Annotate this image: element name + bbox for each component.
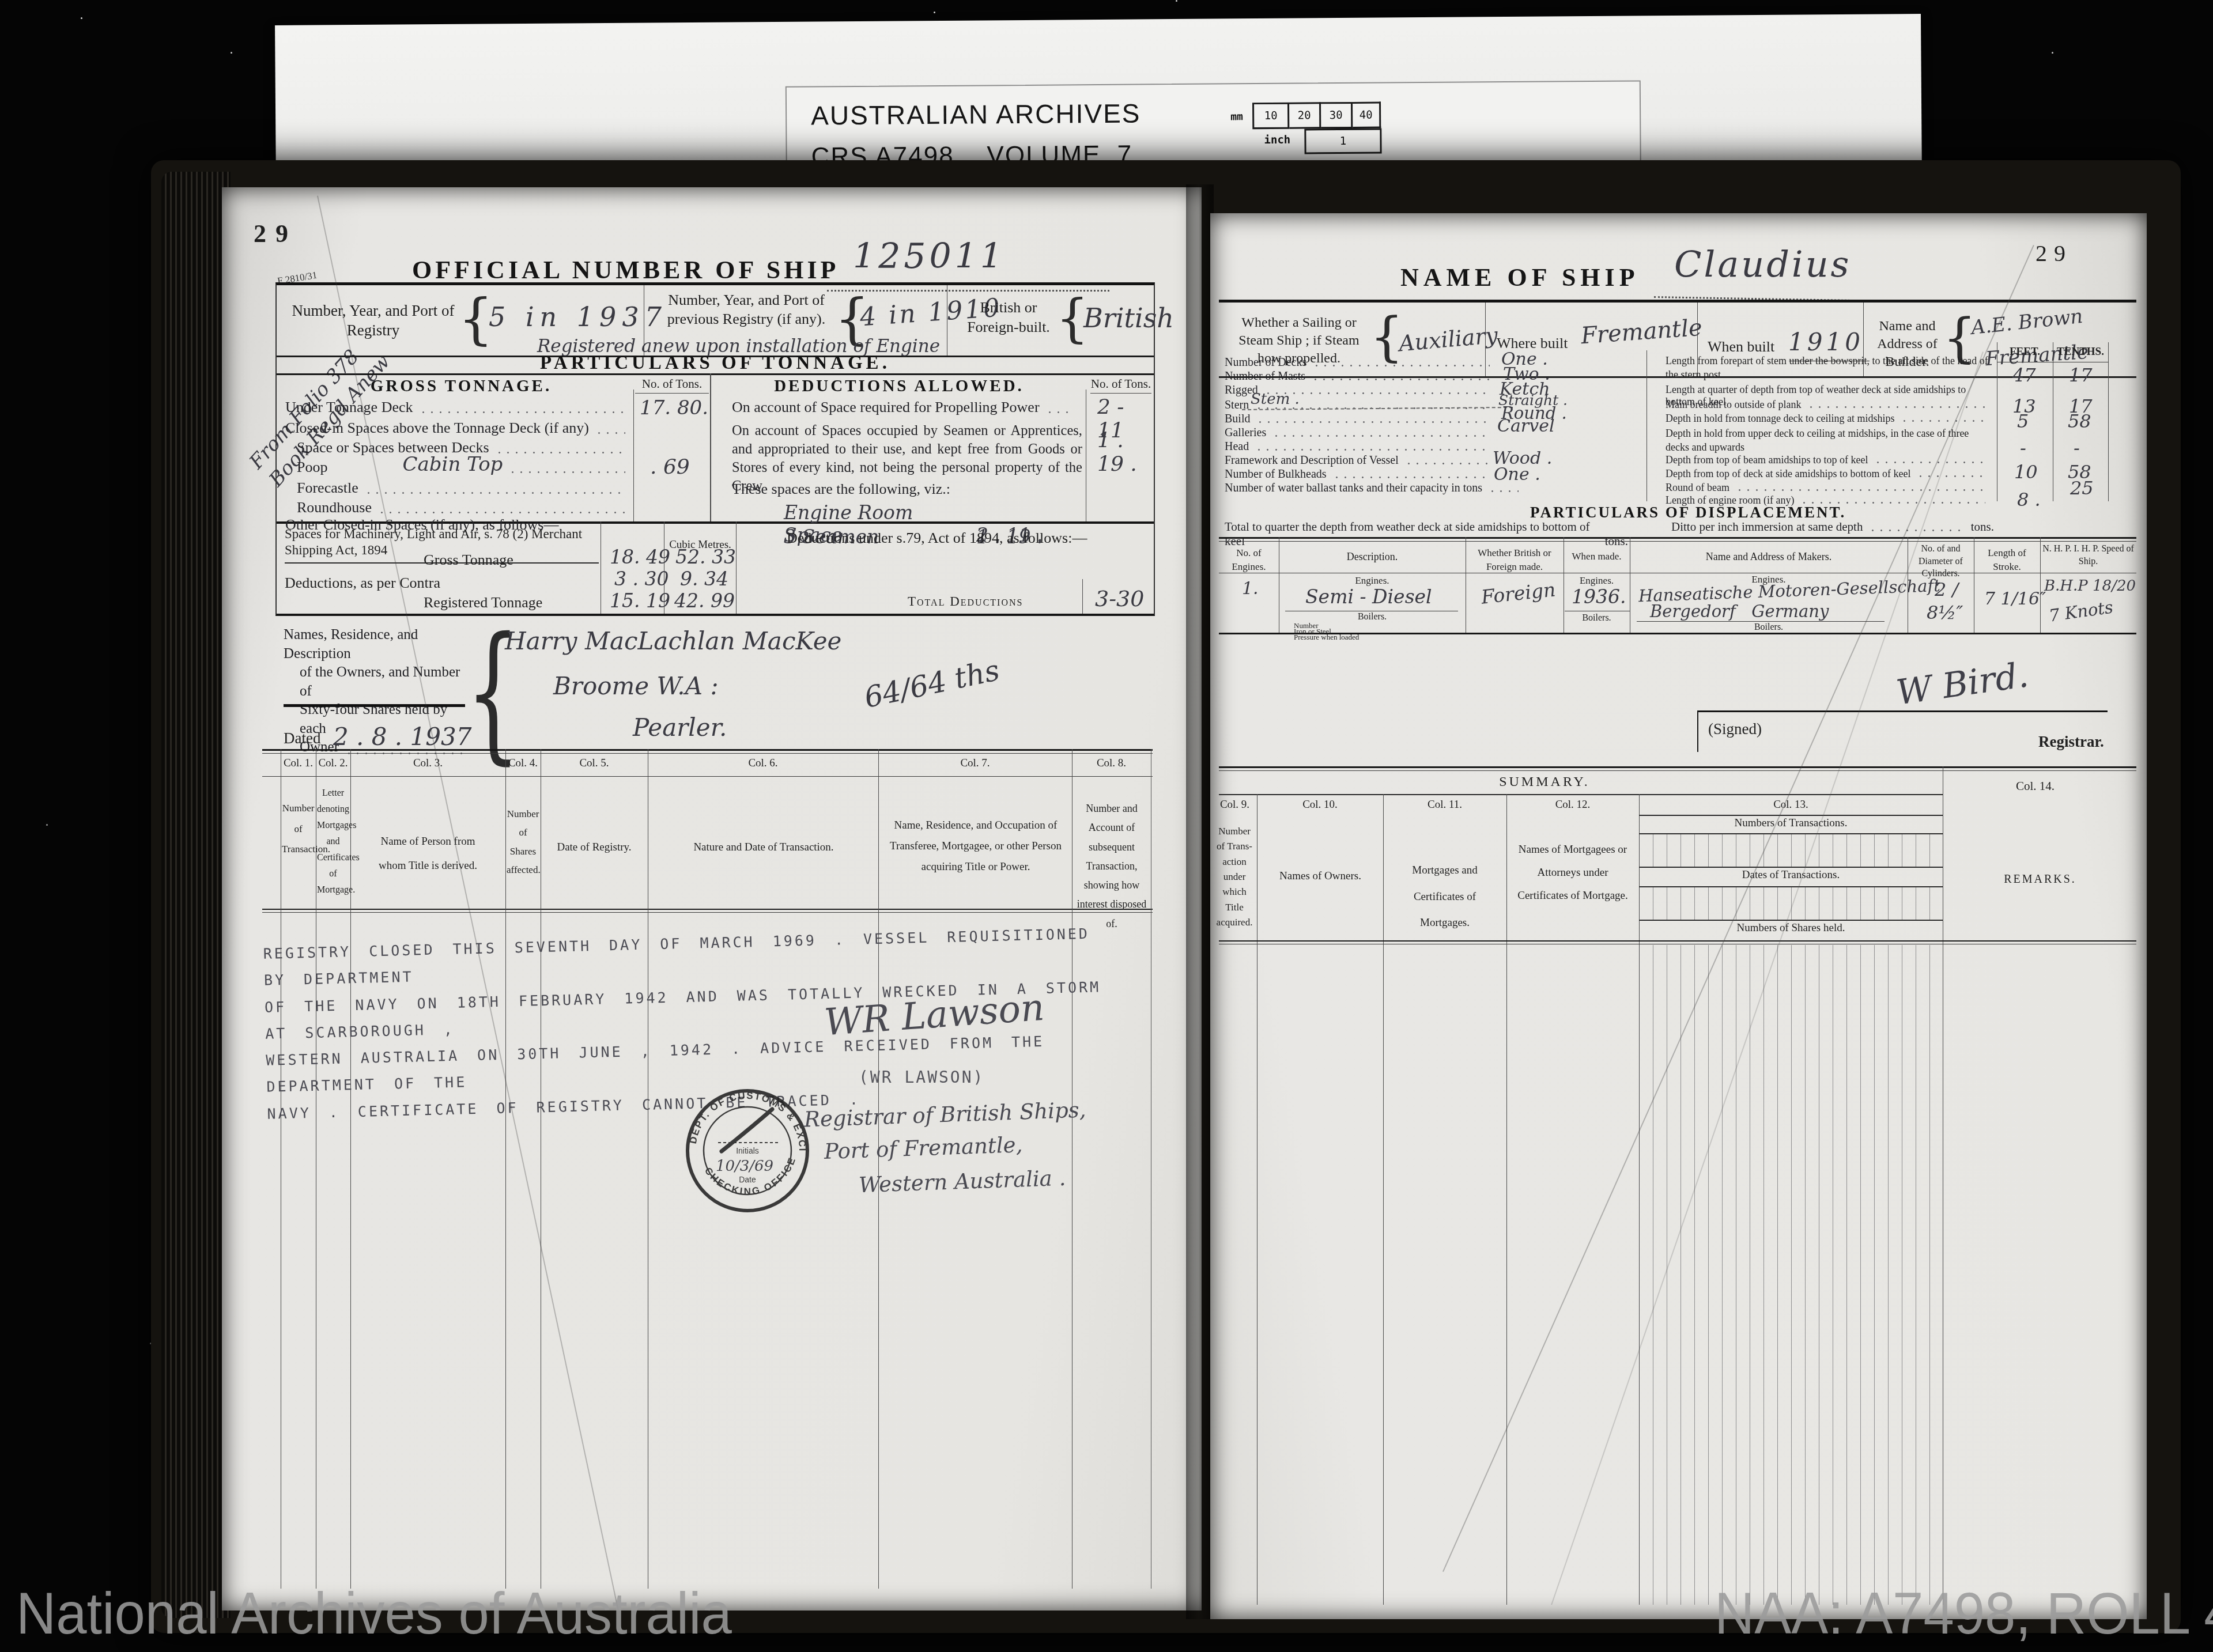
scale-inch-box: 1 xyxy=(1304,128,1381,154)
scale-tick: 30 xyxy=(1321,102,1353,128)
book-binding-edge xyxy=(161,172,231,1618)
summary-grid-line xyxy=(1943,766,1943,1605)
column-number: Col. 7. xyxy=(878,757,1072,770)
engine-table: No. of Engines. Description. Whether Bri… xyxy=(1219,537,2136,636)
naa-watermark-left: National Archives of Australia xyxy=(16,1580,732,1647)
dim-label: Main breadth to outside of plank xyxy=(1666,399,1801,411)
owner-shares-hw: 64/64 ths xyxy=(862,653,1003,715)
grid-line xyxy=(1151,749,1151,1589)
column-desc: Letter denoting Mortgages and Certificat… xyxy=(317,785,349,898)
deduction-row-label: These spaces are the following, viz.: xyxy=(732,481,950,498)
dim-label: Depth from top of deck at side amidships… xyxy=(1666,468,1910,480)
total-deductions-label: Total Deductions xyxy=(908,594,1023,609)
grid-line xyxy=(878,749,879,1589)
engines-sublabel: Engines. xyxy=(1279,575,1466,587)
dim-label: Depth from top of beam amidships to top … xyxy=(1666,454,1868,466)
official-number-value: 125011 xyxy=(853,236,1006,277)
svg-text:DEPT. OF CUSTOMS & EXCISE: DEPT. OF CUSTOMS & EXCISE xyxy=(680,1083,808,1152)
desc-bottom-rule xyxy=(262,909,1153,910)
registry-cell-value: 5 in 1937 xyxy=(489,301,667,332)
column-desc: Mortgages and Certificates of Mortgages. xyxy=(1390,857,1500,936)
machinery-row-label: Deductions, as per Contra xyxy=(285,574,440,592)
register-left-page: 29 F 2810/31 From Folio 378 Book Regd An… xyxy=(222,187,1202,1611)
signed-label: (Signed) xyxy=(1708,720,1762,738)
engine-header: Name and Address of Makers. xyxy=(1630,551,1908,563)
column-number: Col. 12. xyxy=(1506,799,1639,811)
dated-value: 2 . 8 . 1937 xyxy=(333,723,471,751)
col13-sub-label: Dates of Transactions. xyxy=(1639,869,1943,882)
char-value: Carvel xyxy=(1497,416,1554,436)
dim-feet: - xyxy=(2020,437,2026,459)
section-divider xyxy=(710,373,711,521)
column-number: Col. 9. xyxy=(1213,799,1257,811)
dim-tenths: 25 xyxy=(2070,477,2094,499)
when-built-value: 1910 xyxy=(1788,328,1864,356)
dim-label: Round of beam xyxy=(1666,482,1729,494)
engine-header: Length of Stroke. xyxy=(1974,546,2040,574)
builder-value-line: A.E. Brown xyxy=(1970,305,2084,339)
owner-occupation-hw: Pearler. xyxy=(633,713,727,742)
char-label: Head xyxy=(1225,440,1249,453)
dot-leader xyxy=(377,512,625,513)
dot-leader xyxy=(1332,477,1490,478)
engine-cylinders: 8½″ xyxy=(1927,602,1963,623)
tons-header: No. of Tons. xyxy=(1090,377,1151,394)
summary-bottom-rule xyxy=(1219,940,2136,942)
engines-sublabel: Engines. xyxy=(1564,575,1630,587)
dim-label: Length from forepart of stem under the b… xyxy=(1666,354,1991,382)
machinery-tons: 15. 19 xyxy=(610,589,670,612)
boilers-sublabel: Boilers. xyxy=(1564,613,1630,623)
engine-when-made: 1936. xyxy=(1572,585,1626,608)
signed-bracket xyxy=(1697,710,1698,752)
ship-name-label: NAME OF SHIP xyxy=(1400,263,1640,292)
signoff-title-line: Western Australia . xyxy=(858,1166,1066,1198)
stamp-date-value: 10/3/69 xyxy=(716,1158,773,1175)
column-number: Col. 1. xyxy=(281,757,316,770)
tenths-header: TENTHS. xyxy=(2053,346,2108,358)
grid-line xyxy=(505,749,506,1589)
dim-label-struck: under the bowsprit, xyxy=(1789,355,1869,366)
dims-col-line xyxy=(2053,342,2053,501)
machinery-cubic: 52. 33 xyxy=(675,546,736,568)
dot-leader xyxy=(1735,489,1985,491)
dims-col-line xyxy=(2108,342,2109,501)
engine-header: Description. xyxy=(1279,551,1466,563)
gross-row-label: Roundhouse xyxy=(297,499,372,516)
column-desc: Names of Mortgagees or Attorneys under C… xyxy=(1513,838,1632,908)
transaction-tick-columns xyxy=(1639,833,1943,868)
boiler-line: Pressure when loaded xyxy=(1294,633,1359,642)
registry-cell-label: British or Foreign-built. xyxy=(962,298,1055,337)
column-number: Col. 10. xyxy=(1257,799,1383,811)
dim-tenths: - xyxy=(2074,437,2080,459)
scale-tick: 20 xyxy=(1289,102,1321,128)
col14-number: Col. 14. xyxy=(2016,779,2055,793)
tons-header: No. of Tons. xyxy=(635,377,709,394)
char-label: Number of Decks xyxy=(1225,356,1306,369)
column-desc: Number and Account of subsequent Transac… xyxy=(1077,799,1147,933)
engine-makers-line: Bergedorf Germany xyxy=(1650,602,1829,621)
gross-row-value: 17. 80. xyxy=(640,396,708,419)
engine-header: No. of Engines. xyxy=(1219,546,1279,574)
archive-title-line1: AUSTRALIAN ARCHIVES xyxy=(811,97,1141,131)
dates-tick-columns xyxy=(1639,886,1943,921)
char-label: Galleries xyxy=(1225,426,1266,440)
grid-line xyxy=(316,749,316,1589)
dot-leader xyxy=(1255,449,1490,451)
gross-row-label: Under Tonnage Deck xyxy=(285,399,413,416)
column-number: Col. 11. xyxy=(1383,799,1506,811)
engine-header: No. of and Diameter of Cylinders. xyxy=(1908,543,1974,580)
when-underline xyxy=(1565,611,1630,611)
total-cell-line xyxy=(1082,579,1083,614)
machinery-cubic: 9. 34 xyxy=(680,568,728,590)
column-number: Col. 5. xyxy=(541,757,648,770)
engine-speed: 7 Knots xyxy=(2048,597,2114,625)
col13-sub-label: Numbers of Transactions. xyxy=(1639,817,1943,830)
machinery-cubic: 42. 99 xyxy=(674,589,735,612)
ditto-immersion-label: Ditto per inch immersion at same depth xyxy=(1671,520,1863,534)
owners-label-line: of the Owners, and Number of xyxy=(300,663,474,701)
shares-tick-columns xyxy=(1639,945,1943,1605)
feet-header: FEET. xyxy=(1997,346,2053,358)
displacement-title: PARTICULARS OF DISPLACEMENT. xyxy=(1530,504,1846,521)
tons-suffix: tons. xyxy=(1971,520,1994,534)
char-label: Number of water ballast tanks and their … xyxy=(1225,482,1482,495)
registrar-signature: W Bird. xyxy=(1894,655,2031,713)
machinery-row-label: Gross Tonnage xyxy=(424,551,513,569)
registry-header-table: Number, Year, and Port of Registry { 5 i… xyxy=(275,282,1155,357)
col13-rule xyxy=(1639,920,1943,921)
summary-top-rule2 xyxy=(1219,770,2136,771)
column-number: Col. 2. xyxy=(316,757,350,770)
table-top-rule2 xyxy=(262,753,1153,754)
column-number: Col. 4. xyxy=(505,757,541,770)
dot-leader xyxy=(419,411,625,413)
dot-leader xyxy=(1312,365,1490,366)
s79-deductions-label: Deductions under s.79, Act of 1894, as f… xyxy=(787,530,1087,547)
machinery-tons: 18. 49 xyxy=(610,546,670,568)
col13-rule xyxy=(1639,867,1943,868)
registered-anew-note: Registered anew upon installation of Eng… xyxy=(537,336,940,357)
owners-label-line: Names, Residence, and Description xyxy=(284,626,474,663)
owner-residence-hw: Broome W.A : xyxy=(553,672,719,700)
grid-line xyxy=(541,749,541,1589)
scale-tick: 10 xyxy=(1252,103,1289,129)
owner-name-hw: Harry MacLachlan MacKee xyxy=(505,627,841,655)
total-deductions-value: 3-30 xyxy=(1095,586,1144,611)
tons-column-line xyxy=(1086,390,1086,521)
summary-bottom-rule2 xyxy=(1219,944,2136,944)
left-page-number: 29 xyxy=(254,219,297,248)
desc-underline xyxy=(1285,611,1458,611)
dot-leader xyxy=(1404,463,1490,464)
registrar-label: Registrar. xyxy=(2038,733,2104,751)
char-label: Framework and Description of Vessel xyxy=(1225,454,1399,467)
column-line xyxy=(736,521,737,614)
column-desc: Name of Person from whom Title is derive… xyxy=(366,830,490,878)
engine-top-rule2 xyxy=(1219,541,2136,542)
scale-tick: 40 xyxy=(1353,102,1381,128)
column-desc: REMARKS. xyxy=(1954,873,2127,886)
dot-leader xyxy=(1045,411,1075,413)
cabin-top-annotation: Cabin Top xyxy=(402,453,503,476)
dot-leader xyxy=(1900,420,1985,422)
grid-line xyxy=(1072,749,1072,1589)
dated-label: Dated xyxy=(284,729,320,747)
char-value: One . xyxy=(1494,464,1540,485)
engine-count: 1. xyxy=(1242,579,1259,599)
dim-feet: 10 xyxy=(2014,461,2038,483)
engine-power: B.H.P 18/20 xyxy=(2044,577,2136,595)
column-number: Col. 13. xyxy=(1639,799,1943,811)
dot-leader xyxy=(595,432,625,434)
dot-leader xyxy=(508,471,625,473)
engine-header: N. H. P. I. H. P. Speed of Ship. xyxy=(2040,543,2136,568)
dim-label-pre: Length from forepart of stem xyxy=(1666,355,1789,366)
gross-row-label: Forecastle xyxy=(297,479,358,497)
registry-cell-label: Number, Year, and Port of previous Regis… xyxy=(660,291,833,328)
column-number: Col. 6. xyxy=(648,757,878,770)
stamp-date-label: Date xyxy=(739,1175,756,1184)
column-desc: Name, Residence, and Occupation of Trans… xyxy=(886,815,1066,878)
registry-cell-value: British xyxy=(1083,303,1174,334)
summary-title: SUMMARY. xyxy=(1458,774,1631,790)
tonnage-table: GROSS TONNAGE. No. of Tons. Under Tonnag… xyxy=(275,373,1155,524)
registry-cell-label: Number, Year, and Port of Registry xyxy=(291,301,455,341)
dim-label: Depth in hold from tonnage deck to ceili… xyxy=(1666,413,1894,425)
where-built-value: Fremantle xyxy=(1580,315,1703,350)
dot-leader xyxy=(1916,475,1985,477)
engine-origin: Foreign xyxy=(1480,578,1557,608)
deduction-row-label: On account of Space required for Propell… xyxy=(732,399,1040,416)
col13-sub-label: Numbers of Shares held. xyxy=(1639,922,1943,935)
stamp-initials-label: Initials xyxy=(736,1146,759,1155)
dot-leader xyxy=(1256,421,1490,423)
engine-description: Semi - Diesel xyxy=(1305,585,1432,608)
engine-header: When made. xyxy=(1564,551,1630,562)
summary-grid-line xyxy=(1257,794,1257,1605)
grid-line xyxy=(648,749,648,1589)
column-line xyxy=(601,521,601,614)
deductions-title: DEDUCTIONS ALLOWED. xyxy=(738,377,1060,396)
dot-leader xyxy=(1272,435,1490,437)
char-label: Build xyxy=(1225,413,1250,426)
register-right-page: 29 NAME OF SHIP Claudius Whether a Saili… xyxy=(1210,213,2147,1619)
dim-feet: 47 xyxy=(2012,364,2036,386)
book-gutter xyxy=(1186,184,1214,1619)
right-page-number: 29 xyxy=(2035,240,2072,267)
scale-mm-boxes: 10 20 30 40 xyxy=(1252,102,1381,130)
dot-leader xyxy=(1488,490,1519,492)
summary-header-rule xyxy=(1219,794,1943,795)
dim-feet: 8 . xyxy=(2017,489,2041,511)
makers-underline xyxy=(1637,621,1885,622)
column-number: Col. 3. xyxy=(350,757,505,770)
ship-name-value: Claudius xyxy=(1674,243,1851,285)
customs-stamp: DEPT. OF CUSTOMS & EXCISE CHECKING OFFIC… xyxy=(680,1083,815,1219)
scale-mm-label: mm xyxy=(1230,111,1243,123)
stamp-top-text: DEPT. OF CUSTOMS & EXCISE xyxy=(680,1083,808,1152)
tons-column-line xyxy=(633,390,634,521)
column-desc: Number of Shares affected. xyxy=(507,805,539,879)
dot-leader xyxy=(495,452,625,453)
column-number: Col. 8. xyxy=(1072,757,1151,770)
column-desc: Date of Registry. xyxy=(545,841,644,854)
brace-glyph: { xyxy=(458,286,493,351)
col13-rule xyxy=(1639,815,1943,816)
grid-line xyxy=(350,749,351,1589)
when-built-label: When built xyxy=(1708,338,1774,356)
engine-top-rule xyxy=(1219,537,2136,539)
gross-row-label: Poop xyxy=(297,459,327,476)
engine-header: Whether British or Foreign made. xyxy=(1466,546,1564,574)
official-number-label: OFFICIAL NUMBER OF SHIP xyxy=(412,255,839,285)
naa-watermark-right: NAA: A7498, ROLL 4 xyxy=(1714,1580,2213,1647)
dims-divider xyxy=(1646,350,1647,501)
column-desc: Names of Owners. xyxy=(1265,870,1376,883)
scale-inch-label: inch xyxy=(1264,134,1290,146)
colno-rule xyxy=(262,776,1153,777)
dot-leader xyxy=(1807,406,1985,408)
desc-bottom-rule2 xyxy=(262,912,1153,913)
lawson-printed-name: (WR LAWSON) xyxy=(859,1068,984,1087)
dim-tenths: 17 xyxy=(2069,364,2093,386)
gross-row-value: . 69 xyxy=(650,455,690,479)
column-desc: Nature and Date of Transaction. xyxy=(654,841,873,854)
boilers-sublabel: Boilers. xyxy=(1630,622,1908,633)
owners-rule xyxy=(284,704,465,707)
sailing-steam-value: Auxiliary xyxy=(1398,323,1498,357)
summary-grid-line xyxy=(1506,794,1507,1605)
summary-top-rule xyxy=(1219,766,2136,768)
dim-tenths: 58 xyxy=(2068,410,2091,432)
dims-col-line xyxy=(1997,342,1997,501)
machinery-tons: 3 . 30 xyxy=(614,568,669,590)
dims-header-rule xyxy=(1997,362,2108,362)
signoff-title-line: Port of Fremantle, xyxy=(824,1132,1023,1164)
owners-block: Names, Residence, and Description of the… xyxy=(275,617,1153,749)
dot-leader xyxy=(1874,462,1985,463)
char-label: Number of Bulkheads xyxy=(1225,468,1327,481)
summary-grid-line xyxy=(1383,794,1384,1605)
dim-feet: 5 xyxy=(2017,410,2029,432)
column-desc: Number of Transaction. xyxy=(282,798,315,860)
gross-row-label: Closed-in Spaces above the Tonnage Deck … xyxy=(285,419,589,437)
machinery-block: Spaces for Machinery, Light and Air, s. … xyxy=(275,521,1155,616)
char-label: Number of Masts xyxy=(1225,370,1305,383)
engine-stroke: 7 1/16″ xyxy=(1984,589,2046,609)
dot-leader xyxy=(364,492,625,494)
deduction-row-value: 1 . 19 . xyxy=(1097,429,1154,476)
microfilm-scan: LOC 18 P.A. AUSTRALIAN ARCHIVES CRS A749… xyxy=(0,0,2213,1652)
column-desc: Number of Trans­action under which Title… xyxy=(1216,824,1253,930)
grid-line xyxy=(281,749,281,1589)
film-specks xyxy=(81,17,82,19)
table-top-rule xyxy=(262,749,1153,751)
engine-cylinders: 2 / xyxy=(1935,579,1958,600)
dot-leader xyxy=(1311,379,1490,380)
dot-leader xyxy=(1868,530,1965,531)
